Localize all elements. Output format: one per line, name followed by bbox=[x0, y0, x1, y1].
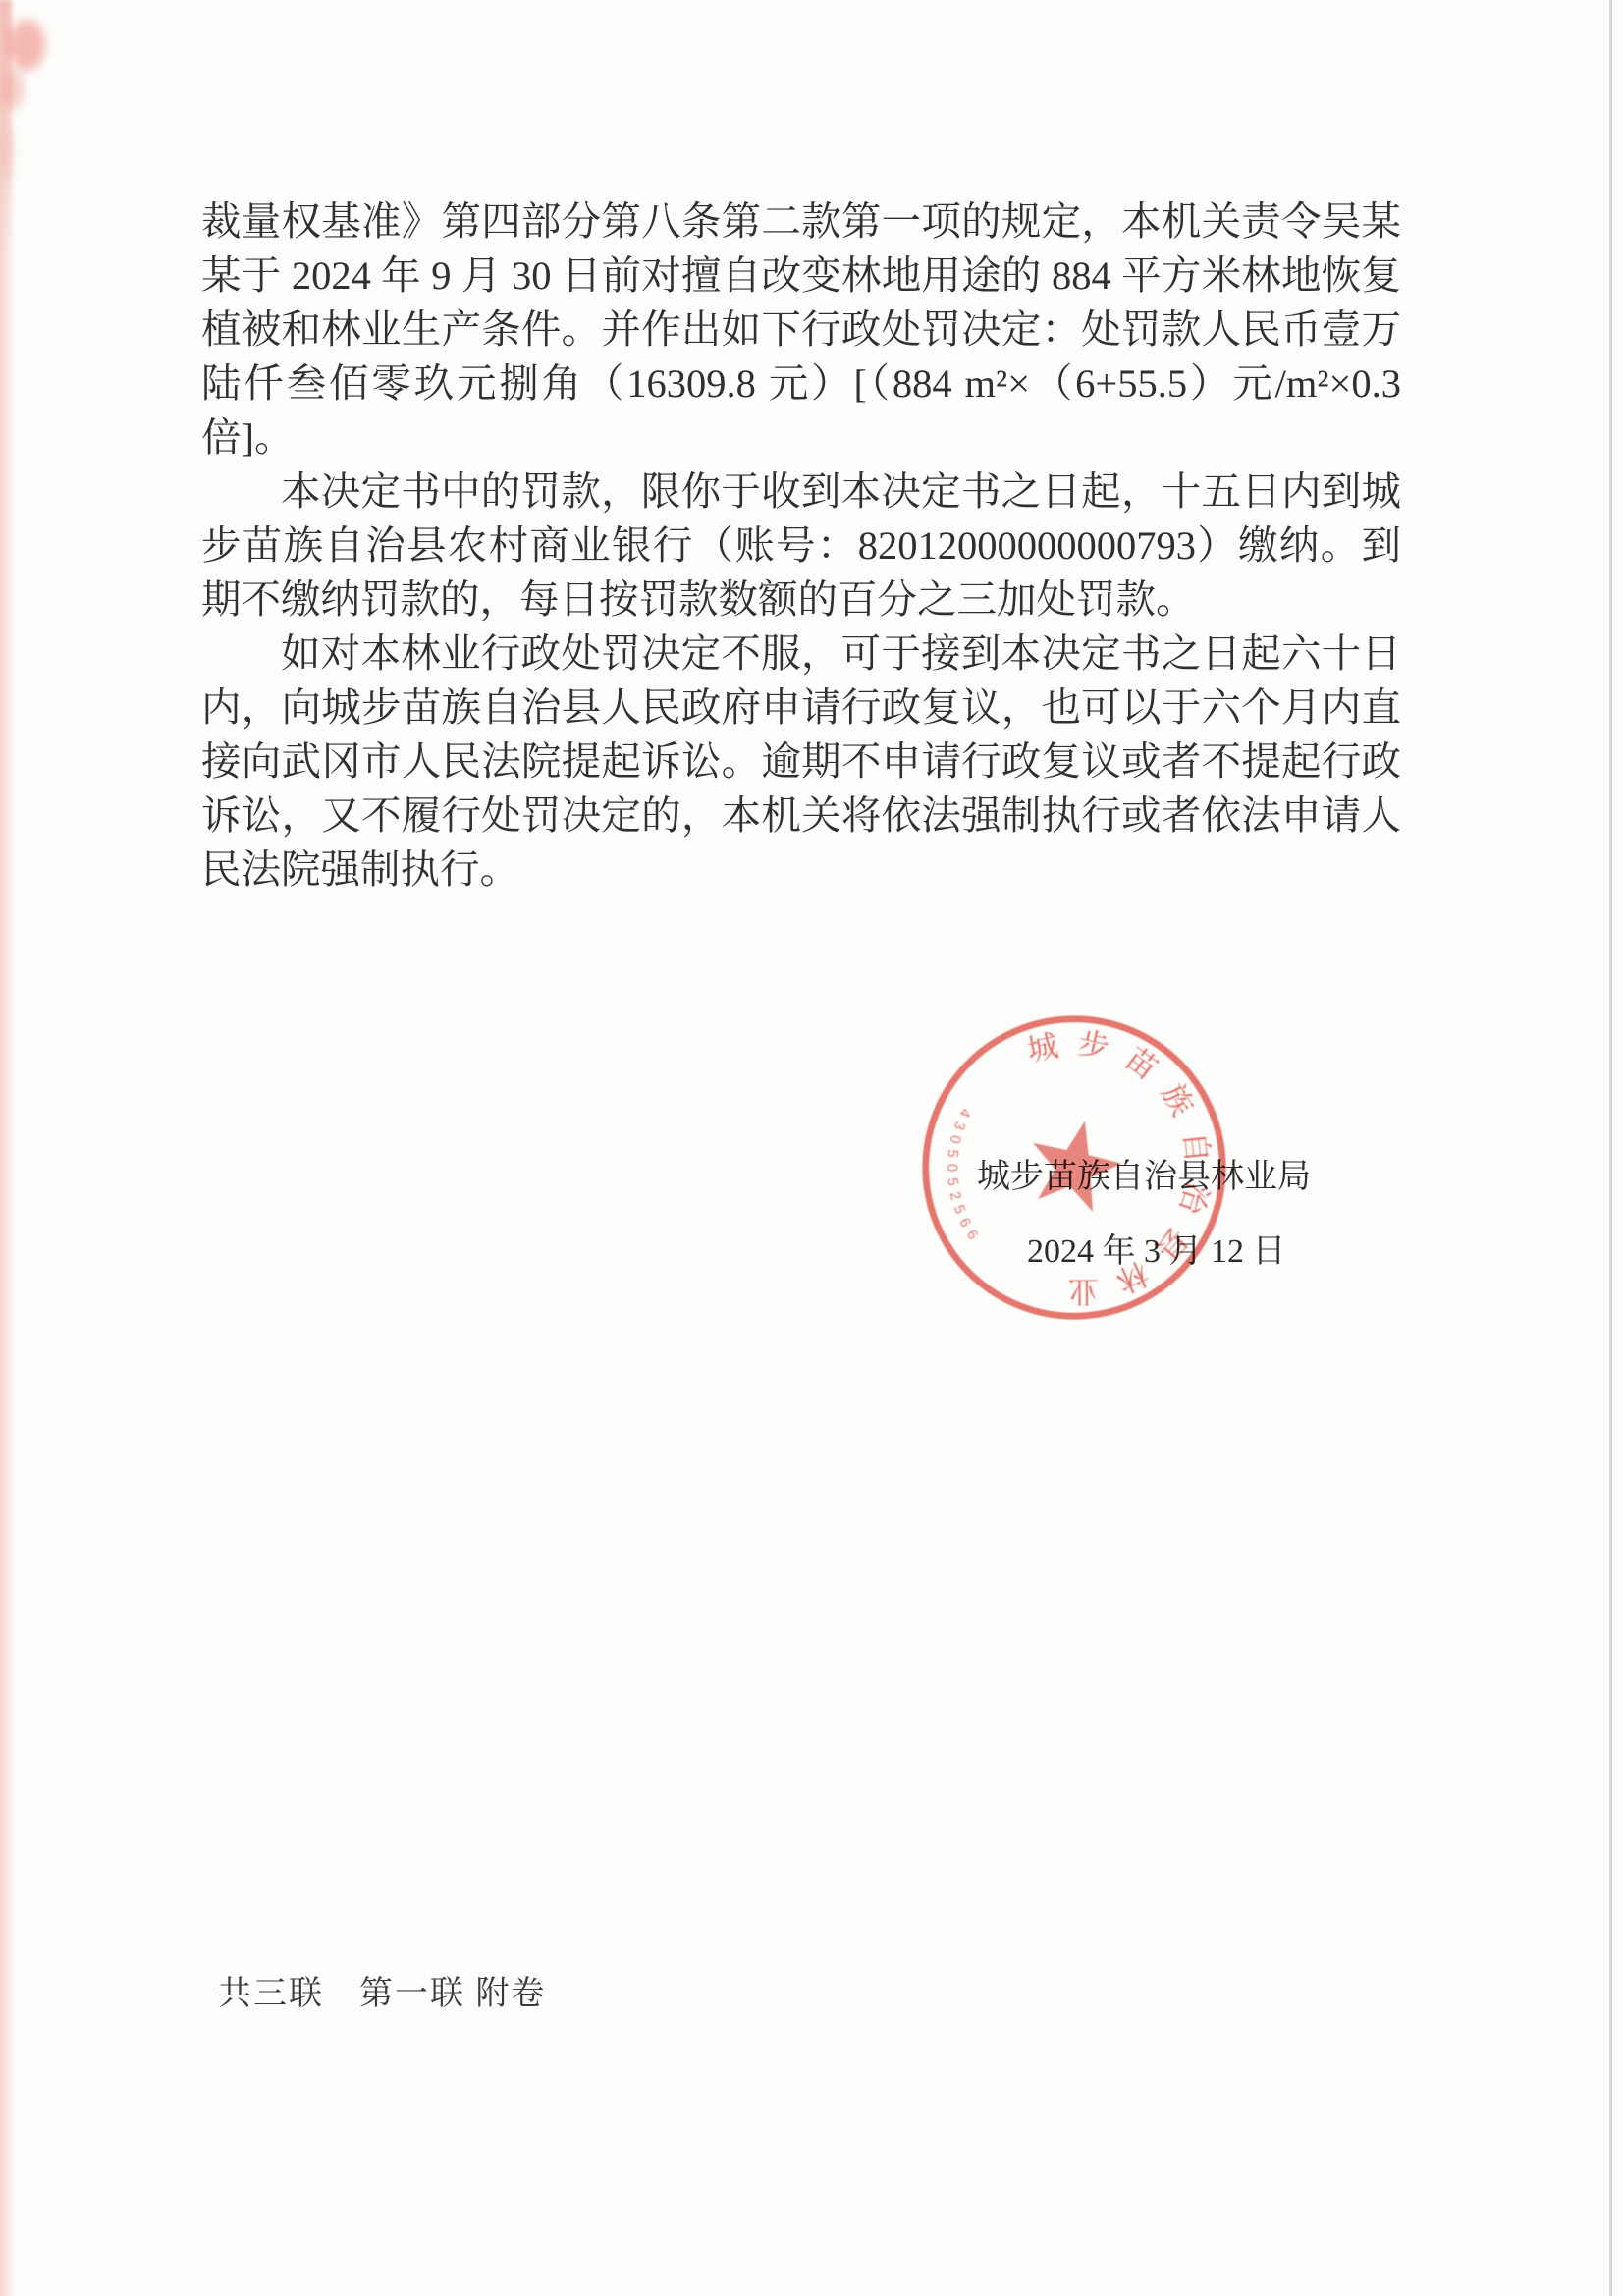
scan-artifact-pink-blob bbox=[2, 69, 24, 110]
seal-star-icon bbox=[1032, 1119, 1126, 1217]
body-paragraph: 本决定书中的罚款，限你于收到本决定书之日起，十五日内到城步苗族自治县农村商业银行… bbox=[201, 465, 1401, 627]
official-seal: 城步苗族自治县林业局 4305052566 bbox=[903, 997, 1246, 1339]
scan-artifact-right-edge bbox=[1609, 0, 1612, 2296]
scan-artifact-left-top bbox=[0, 0, 12, 255]
body-paragraph: 裁量权基准》第四部分第八条第二款第一项的规定，本机关责令吴某某于 2024 年 … bbox=[201, 194, 1401, 465]
scan-artifact-pink-blob bbox=[8, 20, 45, 71]
footer-note: 共三联 第一联 附卷 bbox=[218, 1966, 547, 2014]
seal-code: 4305052566 bbox=[938, 1105, 985, 1250]
body-text: 裁量权基准》第四部分第八条第二款第一项的规定，本机关责令吴某某于 2024 年 … bbox=[201, 194, 1401, 897]
scan-artifact-left-edge bbox=[0, 0, 16, 2296]
scanned-document-page: 裁量权基准》第四部分第八条第二款第一项的规定，本机关责令吴某某于 2024 年 … bbox=[0, 0, 1623, 2296]
body-paragraph: 如对本林业行政处罚决定不服，可于接到本决定书之日起六十日内，向城步苗族自治县人民… bbox=[201, 627, 1401, 897]
scan-artifact-pink-blob bbox=[0, 126, 14, 181]
